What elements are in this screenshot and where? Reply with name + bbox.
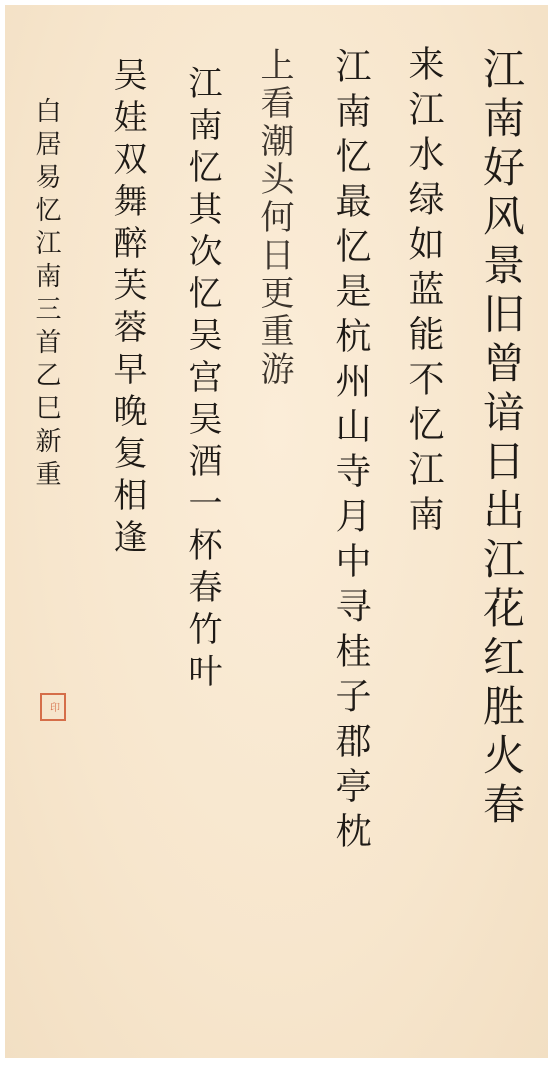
red-seal-stamp: 印 [40, 693, 66, 721]
text-column-1: 江南好风景旧曾谙日出江花红胜火春 [480, 47, 522, 831]
text-column-4: 上看潮头何日更重游 [257, 47, 291, 389]
calligraphy-paper: 江南好风景旧曾谙日出江花红胜火春 来江水绿如蓝能不忆江南 江南忆最忆是杭州山寺月… [5, 5, 548, 1058]
text-column-2: 来江水绿如蓝能不忆江南 [405, 45, 441, 540]
text-column-3: 江南忆最忆是杭州山寺月中寻桂子郡亭枕 [332, 47, 368, 857]
text-column-6: 吴娃双舞醉芙蓉早晚复相逢 [110, 57, 144, 561]
text-column-5: 江南忆其次忆吴宫吴酒一杯春竹叶 [185, 65, 219, 695]
signature-column: 白居易忆江南三首乙巳新重 [33, 97, 59, 493]
